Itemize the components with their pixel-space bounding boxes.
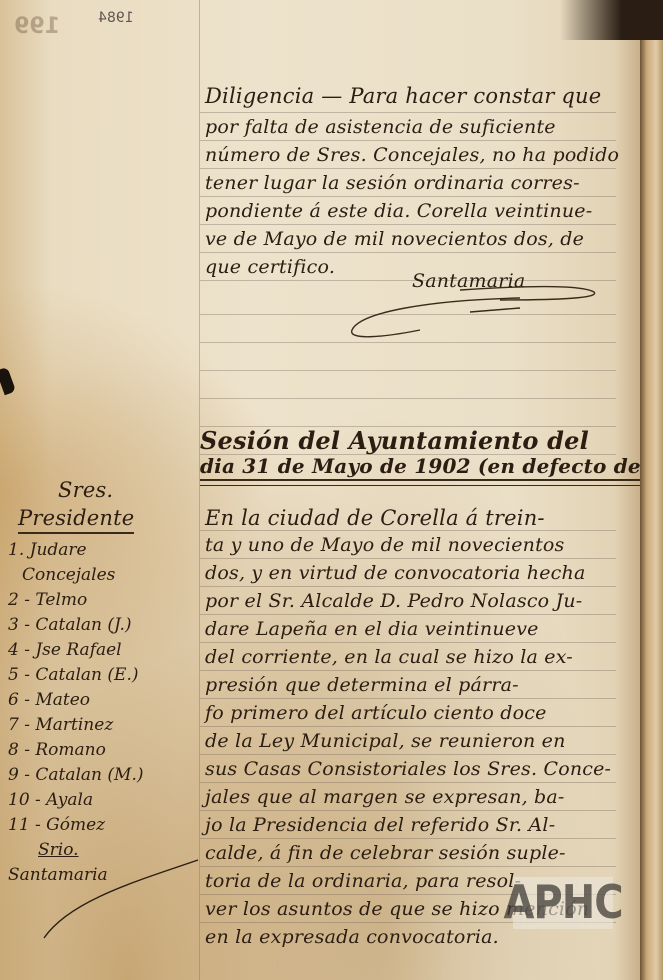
pen-flourishes-icon xyxy=(0,0,663,980)
binding-shadow xyxy=(560,0,663,40)
ledger-page: 199 1984 Diligencia — Para hacer xyxy=(0,0,640,980)
page-stack-edge xyxy=(640,40,663,980)
watermark-text: APHC xyxy=(503,877,622,930)
archive-watermark: APHC xyxy=(513,877,613,929)
